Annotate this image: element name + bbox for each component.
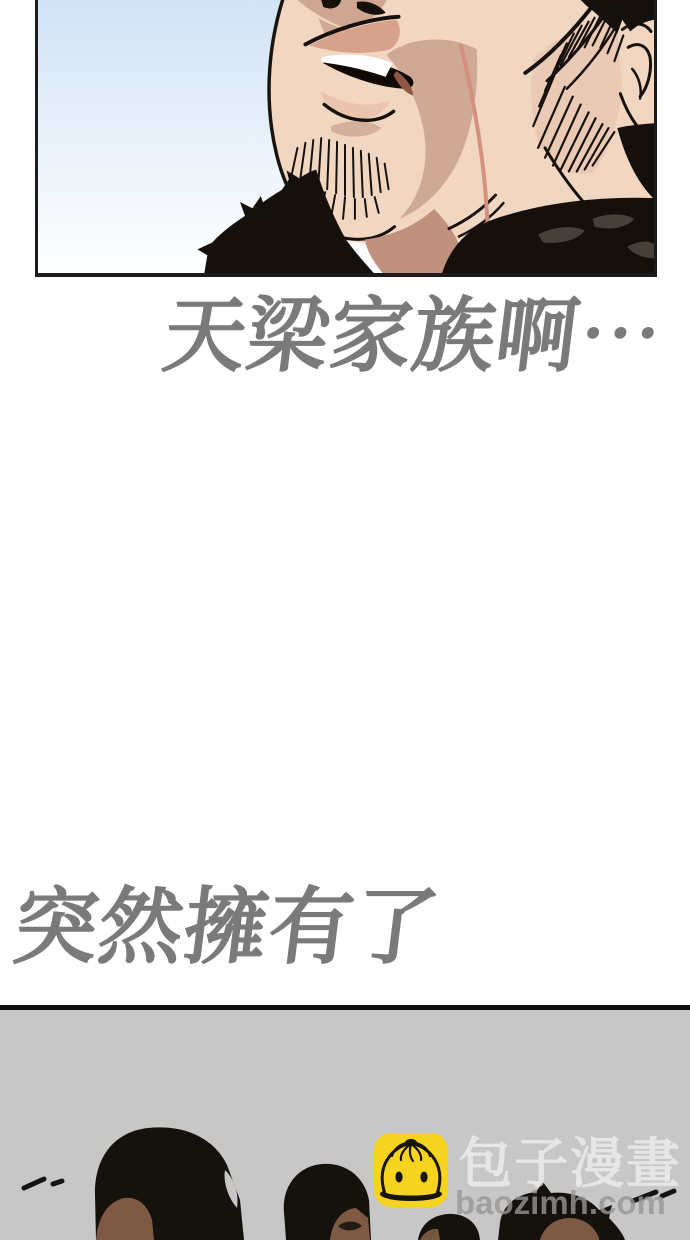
panel-face-closeup xyxy=(35,0,657,277)
narration-caption-2-text: 突然擁有了 xyxy=(9,883,445,971)
watermark-brand-url: baozimh.com xyxy=(455,1184,666,1221)
crowd-illustration: 包子漫畫 baozimh.com xyxy=(0,1010,690,1240)
panel-crowd: 包子漫畫 baozimh.com xyxy=(0,1005,690,1240)
narration-caption-2: 突然擁有了 xyxy=(14,883,439,971)
baozi-mascot-icon xyxy=(374,1133,448,1207)
narration-caption-1-text: 天梁家族啊⋯ xyxy=(159,293,668,379)
narration-caption-1: 天梁家族啊⋯ xyxy=(164,293,662,379)
comic-page: 天梁家族啊⋯ 突然擁有了 xyxy=(0,0,690,1240)
face-closeup-illustration xyxy=(38,0,654,273)
